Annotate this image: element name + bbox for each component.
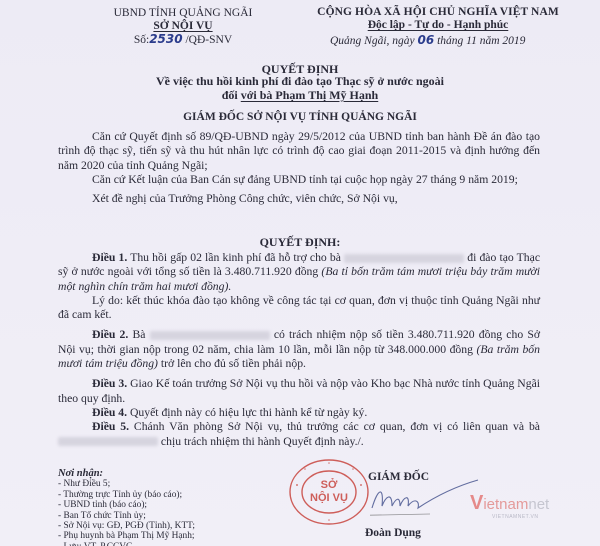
svg-text:SỞ: SỞ <box>321 478 338 491</box>
preamble-basis-2: Căn cứ Kết luận của Ban Cán sự đảng UBND… <box>58 173 540 187</box>
preamble: Căn cứ Quyết định số 89/QĐ-UBND ngày 29/… <box>58 130 540 206</box>
recipient-item: - Như Điều 5; <box>58 479 195 489</box>
subject-person: với bà Phạm Thị Mỹ Hạnh <box>241 88 378 102</box>
issuer-org: SỞ NỘI VỤ <box>88 20 278 33</box>
svg-text:NỘI VỤ: NỘI VỤ <box>310 491 348 504</box>
recipient-item: - Lưu: VT, P.CCVC. <box>58 542 195 546</box>
redacted-name <box>344 254 464 263</box>
signer-name: Đoàn Dụng <box>365 527 421 539</box>
vietnamnet-watermark: Vietnamnet VIETNAMNET.VN <box>470 492 549 515</box>
recipients-list: Nơi nhận: - Như Điều 5; - Thường trực Tỉ… <box>58 469 195 546</box>
redacted-name <box>58 437 158 446</box>
national-motto: Độc lập - Tự do - Hạnh phúc <box>282 19 594 32</box>
article-1: Điều 1. Thu hồi gấp 02 lần kinh phí đã h… <box>58 251 540 294</box>
document-number: Số:2530 /QĐ-SNV <box>88 33 278 47</box>
recipient-item: - Phụ huynh bà Phạm Thị Mỹ Hạnh; <box>58 531 195 541</box>
recipient-item: - Sở Nội vụ: GĐ, PGĐ (Tỉnh), KTT; <box>58 521 195 531</box>
issue-date: Quảng Ngãi, ngày 06 tháng 11 năm 2019 <box>330 33 525 47</box>
official-stamp-icon: SỞ NỘI VỤ <box>287 457 371 527</box>
article-2: Điều 2. Bà có trách nhiệm nộp số tiền 3.… <box>58 328 540 371</box>
article-1-reason: Lý do: kết thúc khóa đào tạo không về cô… <box>58 294 540 323</box>
article-5: Điều 5. Chánh Văn phòng Sở Nội vụ, thủ t… <box>58 420 540 449</box>
subject-line-1: Về việc thu hồi kinh phí đi đào tạo Thạc… <box>0 74 600 89</box>
national-header: CỘNG HÒA XÃ HỘI CHỦ NGHĨA VIỆT NAM Độc l… <box>282 6 594 32</box>
article-3: Điều 3. Giao Kế toán trưởng Sở Nội vụ th… <box>58 377 540 406</box>
issuing-authority: GIÁM ĐỐC SỞ NỘI VỤ TỈNH QUẢNG NGÃI <box>0 111 600 123</box>
recipients-heading: Nơi nhận: <box>58 469 195 479</box>
issuer-header: UBND TỈNH QUẢNG NGÃI SỞ NỘI VỤ Số:2530 /… <box>88 7 278 47</box>
recipient-item: - Thường trực Tỉnh ủy (báo cáo); <box>58 490 195 500</box>
articles: Điều 1. Thu hồi gấp 02 lần kinh phí đã h… <box>58 251 540 449</box>
recipient-item: - Ban Tổ chức Tỉnh ủy; <box>58 511 195 521</box>
signature-icon <box>370 478 480 518</box>
preamble-proposal: Xét đề nghị của Trưởng Phòng Công chức, … <box>58 192 540 206</box>
article-4: Điều 4. Quyết định này có hiệu lực thi h… <box>58 406 540 420</box>
decision-heading: QUYẾT ĐỊNH: <box>0 235 600 250</box>
nation-name: CỘNG HÒA XÃ HỘI CHỦ NGHĨA VIỆT NAM <box>282 6 594 19</box>
handwritten-number: 2530 <box>149 32 182 46</box>
preamble-basis-1: Căn cứ Quyết định số 89/QĐ-UBND ngày 29/… <box>58 130 540 173</box>
document-page: UBND TỈNH QUẢNG NGÃI SỞ NỘI VỤ Số:2530 /… <box>0 0 600 546</box>
subject-line-2: đối với bà Phạm Thị Mỹ Hạnh <box>0 88 600 103</box>
issuer-parent-org: UBND TỈNH QUẢNG NGÃI <box>88 7 278 20</box>
recipient-item: - UBND tỉnh (báo cáo); <box>58 500 195 510</box>
redacted-name <box>150 331 270 340</box>
handwritten-day: 06 <box>418 33 435 47</box>
